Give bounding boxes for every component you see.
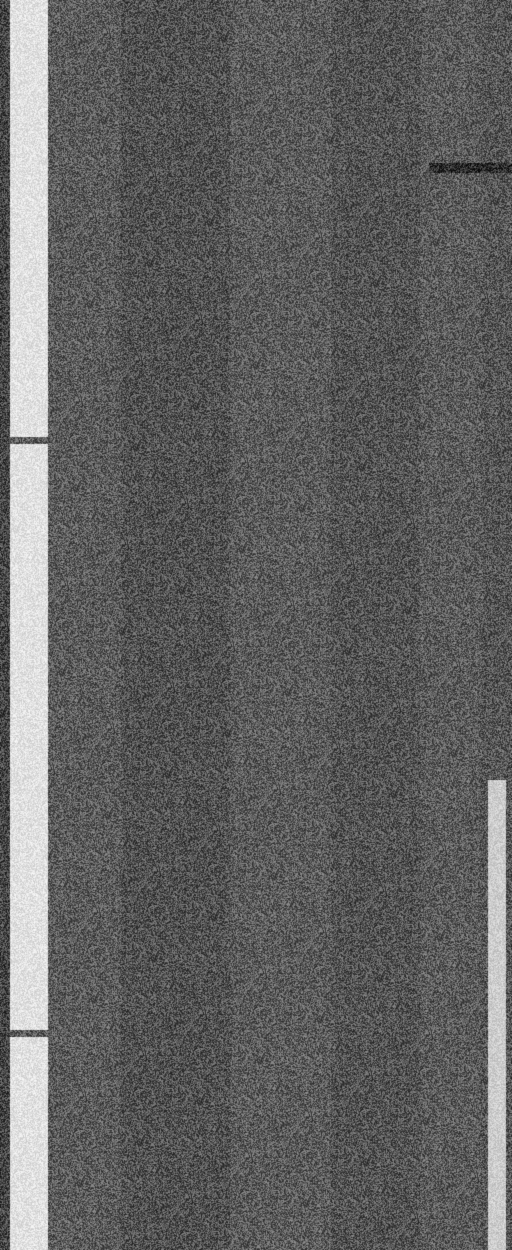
- asphalt-surface: [0, 0, 512, 1250]
- road-aerial-image: [0, 0, 512, 1250]
